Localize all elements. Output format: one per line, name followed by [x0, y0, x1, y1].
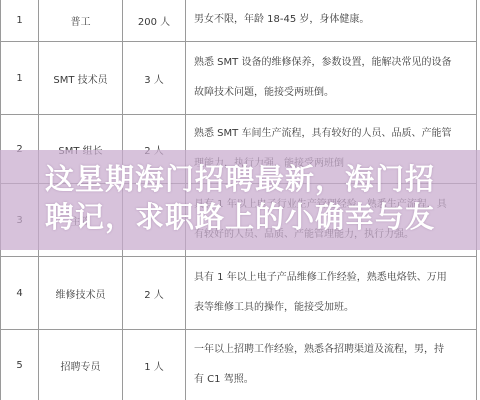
requirements-line: 故障技术问题，能接受两班倒。: [194, 78, 468, 108]
headline-title: 这星期海门招聘最新，海门招 聘记，求职路上的小确幸与友: [0, 160, 480, 236]
headcount: 3 人: [123, 42, 186, 115]
row-number: 1: [1, 42, 39, 115]
row-number: 1: [1, 0, 39, 42]
requirements: 男女不限，年龄 18-45 岁，身体健康。: [186, 0, 477, 42]
headline-line-1: 这星期海门招聘最新，海门招: [0, 160, 480, 198]
requirements-line: 具有 1 年以上电子产品维修工作经验，熟悉电烙铁、万用: [194, 263, 468, 293]
requirements-line: 表等维修工具的操作，能接受加班。: [194, 293, 468, 323]
table-row: 1 普工 200 人 男女不限，年龄 18-45 岁，身体健康。: [1, 0, 477, 42]
table-row: 4 维修技术员 2 人 具有 1 年以上电子产品维修工作经验，熟悉电烙铁、万用 …: [1, 257, 477, 330]
row-number: 5: [1, 330, 39, 400]
requirements-line: 熟悉 SMT 设备的维修保养，参数设置，能解决常见的设备: [194, 48, 468, 78]
row-number: 4: [1, 257, 39, 330]
headcount: 2 人: [123, 257, 186, 330]
requirements-line: 男女不限，年龄 18-45 岁，身体健康。: [194, 14, 369, 25]
table-row: 1 SMT 技术员 3 人 熟悉 SMT 设备的维修保养，参数设置，能解决常见的…: [1, 42, 477, 115]
requirements: 一年以上招聘工作经验，熟悉各招聘渠道及流程，男，持 有 C1 驾照。: [186, 330, 477, 400]
requirements-line: 一年以上招聘工作经验，熟悉各招聘渠道及流程，男，持: [194, 335, 468, 365]
requirements-line: 有 C1 驾照。: [194, 365, 468, 395]
position-name: 普工: [39, 0, 123, 42]
headcount: 200 人: [123, 0, 186, 42]
position-name: 维修技术员: [39, 257, 123, 330]
headline-line-2: 聘记，求职路上的小确幸与友: [0, 198, 480, 236]
table-row: 5 招聘专员 1 人 一年以上招聘工作经验，熟悉各招聘渠道及流程，男，持 有 C…: [1, 330, 477, 400]
requirements: 具有 1 年以上电子产品维修工作经验，熟悉电烙铁、万用 表等维修工具的操作，能接…: [186, 257, 477, 330]
position-name: 招聘专员: [39, 330, 123, 400]
headcount: 1 人: [123, 330, 186, 400]
requirements: 熟悉 SMT 设备的维修保养，参数设置，能解决常见的设备 故障技术问题，能接受两…: [186, 42, 477, 115]
position-name: SMT 技术员: [39, 42, 123, 115]
requirements-line: 熟悉 SMT 车间生产流程，具有较好的人员、品质、产能管: [194, 119, 468, 149]
